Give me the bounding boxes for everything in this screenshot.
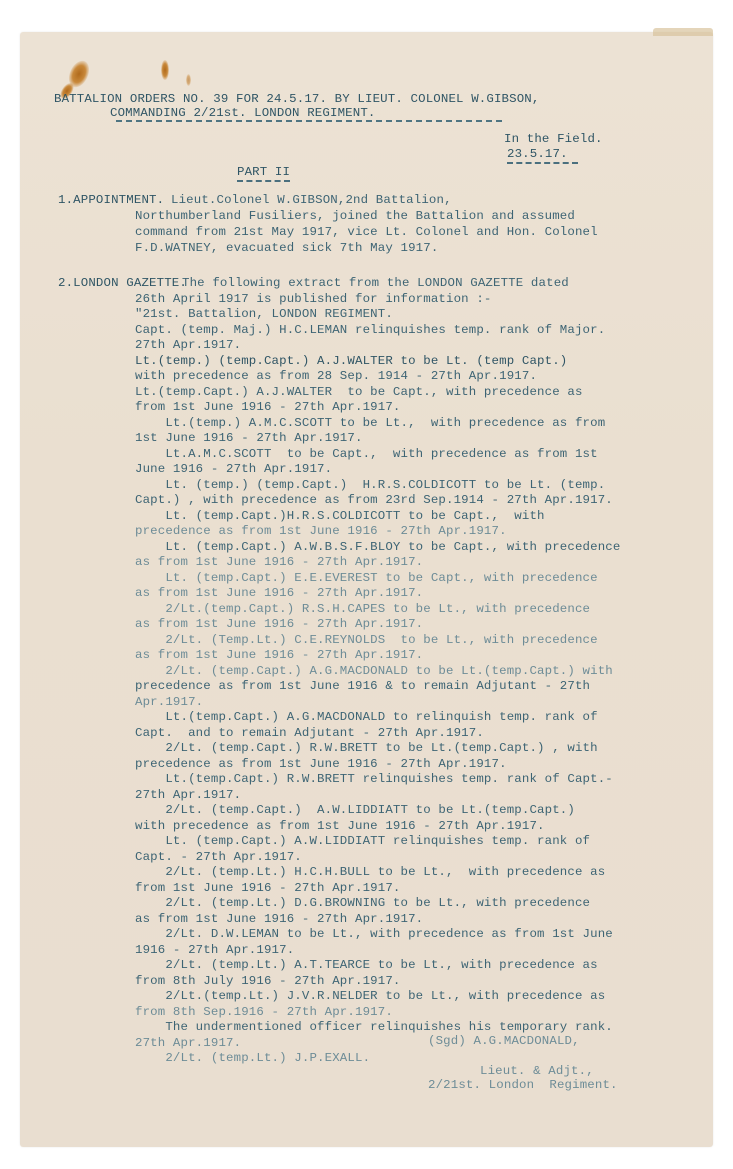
signature-unit: 2/21st. London Regiment. (428, 1078, 618, 1092)
section-2-line: as from 1st June 1916 - 27th Apr.1917. (135, 648, 423, 662)
signature-signed: (Sgd) A.G.MACDONALD, (428, 1034, 580, 1048)
section-2-line: 2/Lt. (temp.Lt.) H.C.H.BULL to be Lt., w… (135, 865, 605, 879)
section-2-line: with precedence as from 28 Sep. 1914 - 2… (135, 369, 537, 383)
section-2-line: Lt. (temp.Capt.) A.W.LIDDIATT relinquish… (135, 834, 590, 848)
section-2-line: 26th April 1917 is published for informa… (135, 292, 492, 306)
section-2-line: Capt. (temp. Maj.) H.C.LEMAN relinquishe… (135, 323, 605, 337)
section-1-line: command from 21st May 1917, vice Lt. Col… (135, 225, 598, 239)
section-2-line: 2/Lt. (temp.Capt.) A.W.LIDDIATT to be Lt… (135, 803, 575, 817)
section-2-line: Lt. (temp.) (temp.Capt.) H.R.S.COLDICOTT… (135, 478, 605, 492)
section-2-line: Lt.(temp.Capt.) A.G.MACDONALD to relinqu… (135, 710, 598, 724)
section-2-line: Lt.(temp.Capt.) A.J.WALTER to be Capt., … (135, 385, 583, 399)
order-title-line2: COMMANDING 2/21st. LONDON REGIMENT. (110, 106, 376, 120)
section-2-line: 1916 - 27th Apr.1917. (135, 943, 294, 957)
section-2-line: 2/Lt. (temp.Capt.) A.G.MACDONALD to be L… (135, 664, 613, 678)
section-2-line: Apr.1917. (135, 695, 203, 709)
section-1-line: Lieut.Colonel W.GIBSON,2nd Battalion, (171, 193, 452, 207)
section-2-line: "21st. Battalion, LONDON REGIMENT. (135, 307, 393, 321)
section-2-line: 1st June 1916 - 27th Apr.1917. (135, 431, 363, 445)
section-2-line: 27th Apr.1917. (135, 1036, 241, 1050)
part-heading: PART II (237, 165, 290, 182)
section-2-line: as from 1st June 1916 - 27th Apr.1917. (135, 555, 423, 569)
section-1-line: Northumberland Fusiliers, joined the Bat… (135, 209, 575, 223)
section-2-line: June 1916 - 27th Apr.1917. (135, 462, 332, 476)
section-2-line: 2/Lt.(temp.Capt.) R.S.H.CAPES to be Lt.,… (135, 602, 590, 616)
section-2-line: Lt. (temp.Capt.) E.E.EVEREST to be Capt.… (135, 571, 598, 585)
rust-stain-small (161, 60, 169, 80)
rust-stain-tiny (186, 74, 191, 86)
section-2-line: 2/Lt. (temp.Lt.) J.P.EXALL. (135, 1051, 370, 1065)
section-2-line: from 1st June 1916 - 27th Apr.1917. (135, 881, 401, 895)
section-2-line: Lt.(temp.Capt.) R.W.BRETT relinquishes t… (135, 772, 613, 786)
section-2-line: as from 1st June 1916 - 27th Apr.1917. (135, 912, 423, 926)
section-2-line: Lt.A.M.C.SCOTT to be Capt., with precede… (135, 447, 598, 461)
section-2-line: Capt. and to remain Adjutant - 27th Apr.… (135, 726, 484, 740)
title-divider (116, 120, 502, 122)
section-2-line: 27th Apr.1917. (135, 338, 241, 352)
section-2-line: from 1st June 1916 - 27th Apr.1917. (135, 400, 401, 414)
section-2-line: 2/Lt. (temp.Lt.) A.T.TEARCE to be Lt., w… (135, 958, 598, 972)
section-2-line: Capt.) , with precedence as from 23rd Se… (135, 493, 613, 507)
section-2-line: precedence as from 1st June 1916 & to re… (135, 679, 590, 693)
section-2-line: precedence as from 1st June 1916 - 27th … (135, 757, 507, 771)
torn-edge (653, 28, 713, 36)
section-2-line: with precedence as from 1st June 1916 - … (135, 819, 545, 833)
section-2-line: Lt.(temp.) A.M.C.SCOTT to be Lt., with p… (135, 416, 605, 430)
signature-rank: Lieut. & Adjt., (480, 1064, 594, 1078)
section-2-line: 2/Lt. D.W.LEMAN to be Lt., with preceden… (135, 927, 613, 941)
section-2-line: as from 1st June 1916 - 27th Apr.1917. (135, 586, 423, 600)
section-2-line: Lt. (temp.Capt.)H.R.S.COLDICOTT to be Ca… (135, 509, 545, 523)
section-2-line: 2/Lt. (Temp.Lt.) C.E.REYNOLDS to be Lt.,… (135, 633, 598, 647)
section-2-line: Capt. - 27th Apr.1917. (135, 850, 302, 864)
location: In the Field. (504, 132, 603, 146)
document-page: BATTALION ORDERS NO. 39 FOR 24.5.17. BY … (20, 32, 713, 1147)
section-2-line: as from 1st June 1916 - 27th Apr.1917. (135, 617, 423, 631)
section-2-line: precedence as from 1st June 1916 - 27th … (135, 524, 507, 538)
section-2-line: from 8th July 1916 - 27th Apr.1917. (135, 974, 401, 988)
section-2-line: 27th Apr.1917. (135, 788, 241, 802)
section-2-line: The following extract from the LONDON GA… (182, 276, 569, 290)
section-1-line: F.D.WATNEY, evacuated sick 7th May 1917. (135, 241, 438, 255)
section-2-line: The undermentioned officer relinquishes … (135, 1020, 613, 1034)
section-2-line: from 8th Sep.1916 - 27th Apr.1917. (135, 1005, 393, 1019)
section-2-line: 2/Lt. (temp.Capt.) R.W.BRETT to be Lt.(t… (135, 741, 598, 755)
order-title-line1: BATTALION ORDERS NO. 39 FOR 24.5.17. BY … (54, 92, 539, 106)
section-1-label: 1.APPOINTMENT. (58, 193, 164, 207)
section-2-line: Lt. (temp.Capt.) A.W.B.S.F.BLOY to be Ca… (135, 540, 620, 554)
section-2-line: 2/Lt.(temp.Lt.) J.V.R.NELDER to be Lt., … (135, 989, 605, 1003)
order-date: 23.5.17. (507, 147, 578, 164)
section-2-line: Lt.(temp.) (temp.Capt.) A.J.WALTER to be… (135, 354, 567, 368)
section-2-line: 2/Lt. (temp.Lt.) D.G.BROWNING to be Lt.,… (135, 896, 590, 910)
section-2-label: 2.LONDON GAZETTE. (58, 276, 187, 290)
